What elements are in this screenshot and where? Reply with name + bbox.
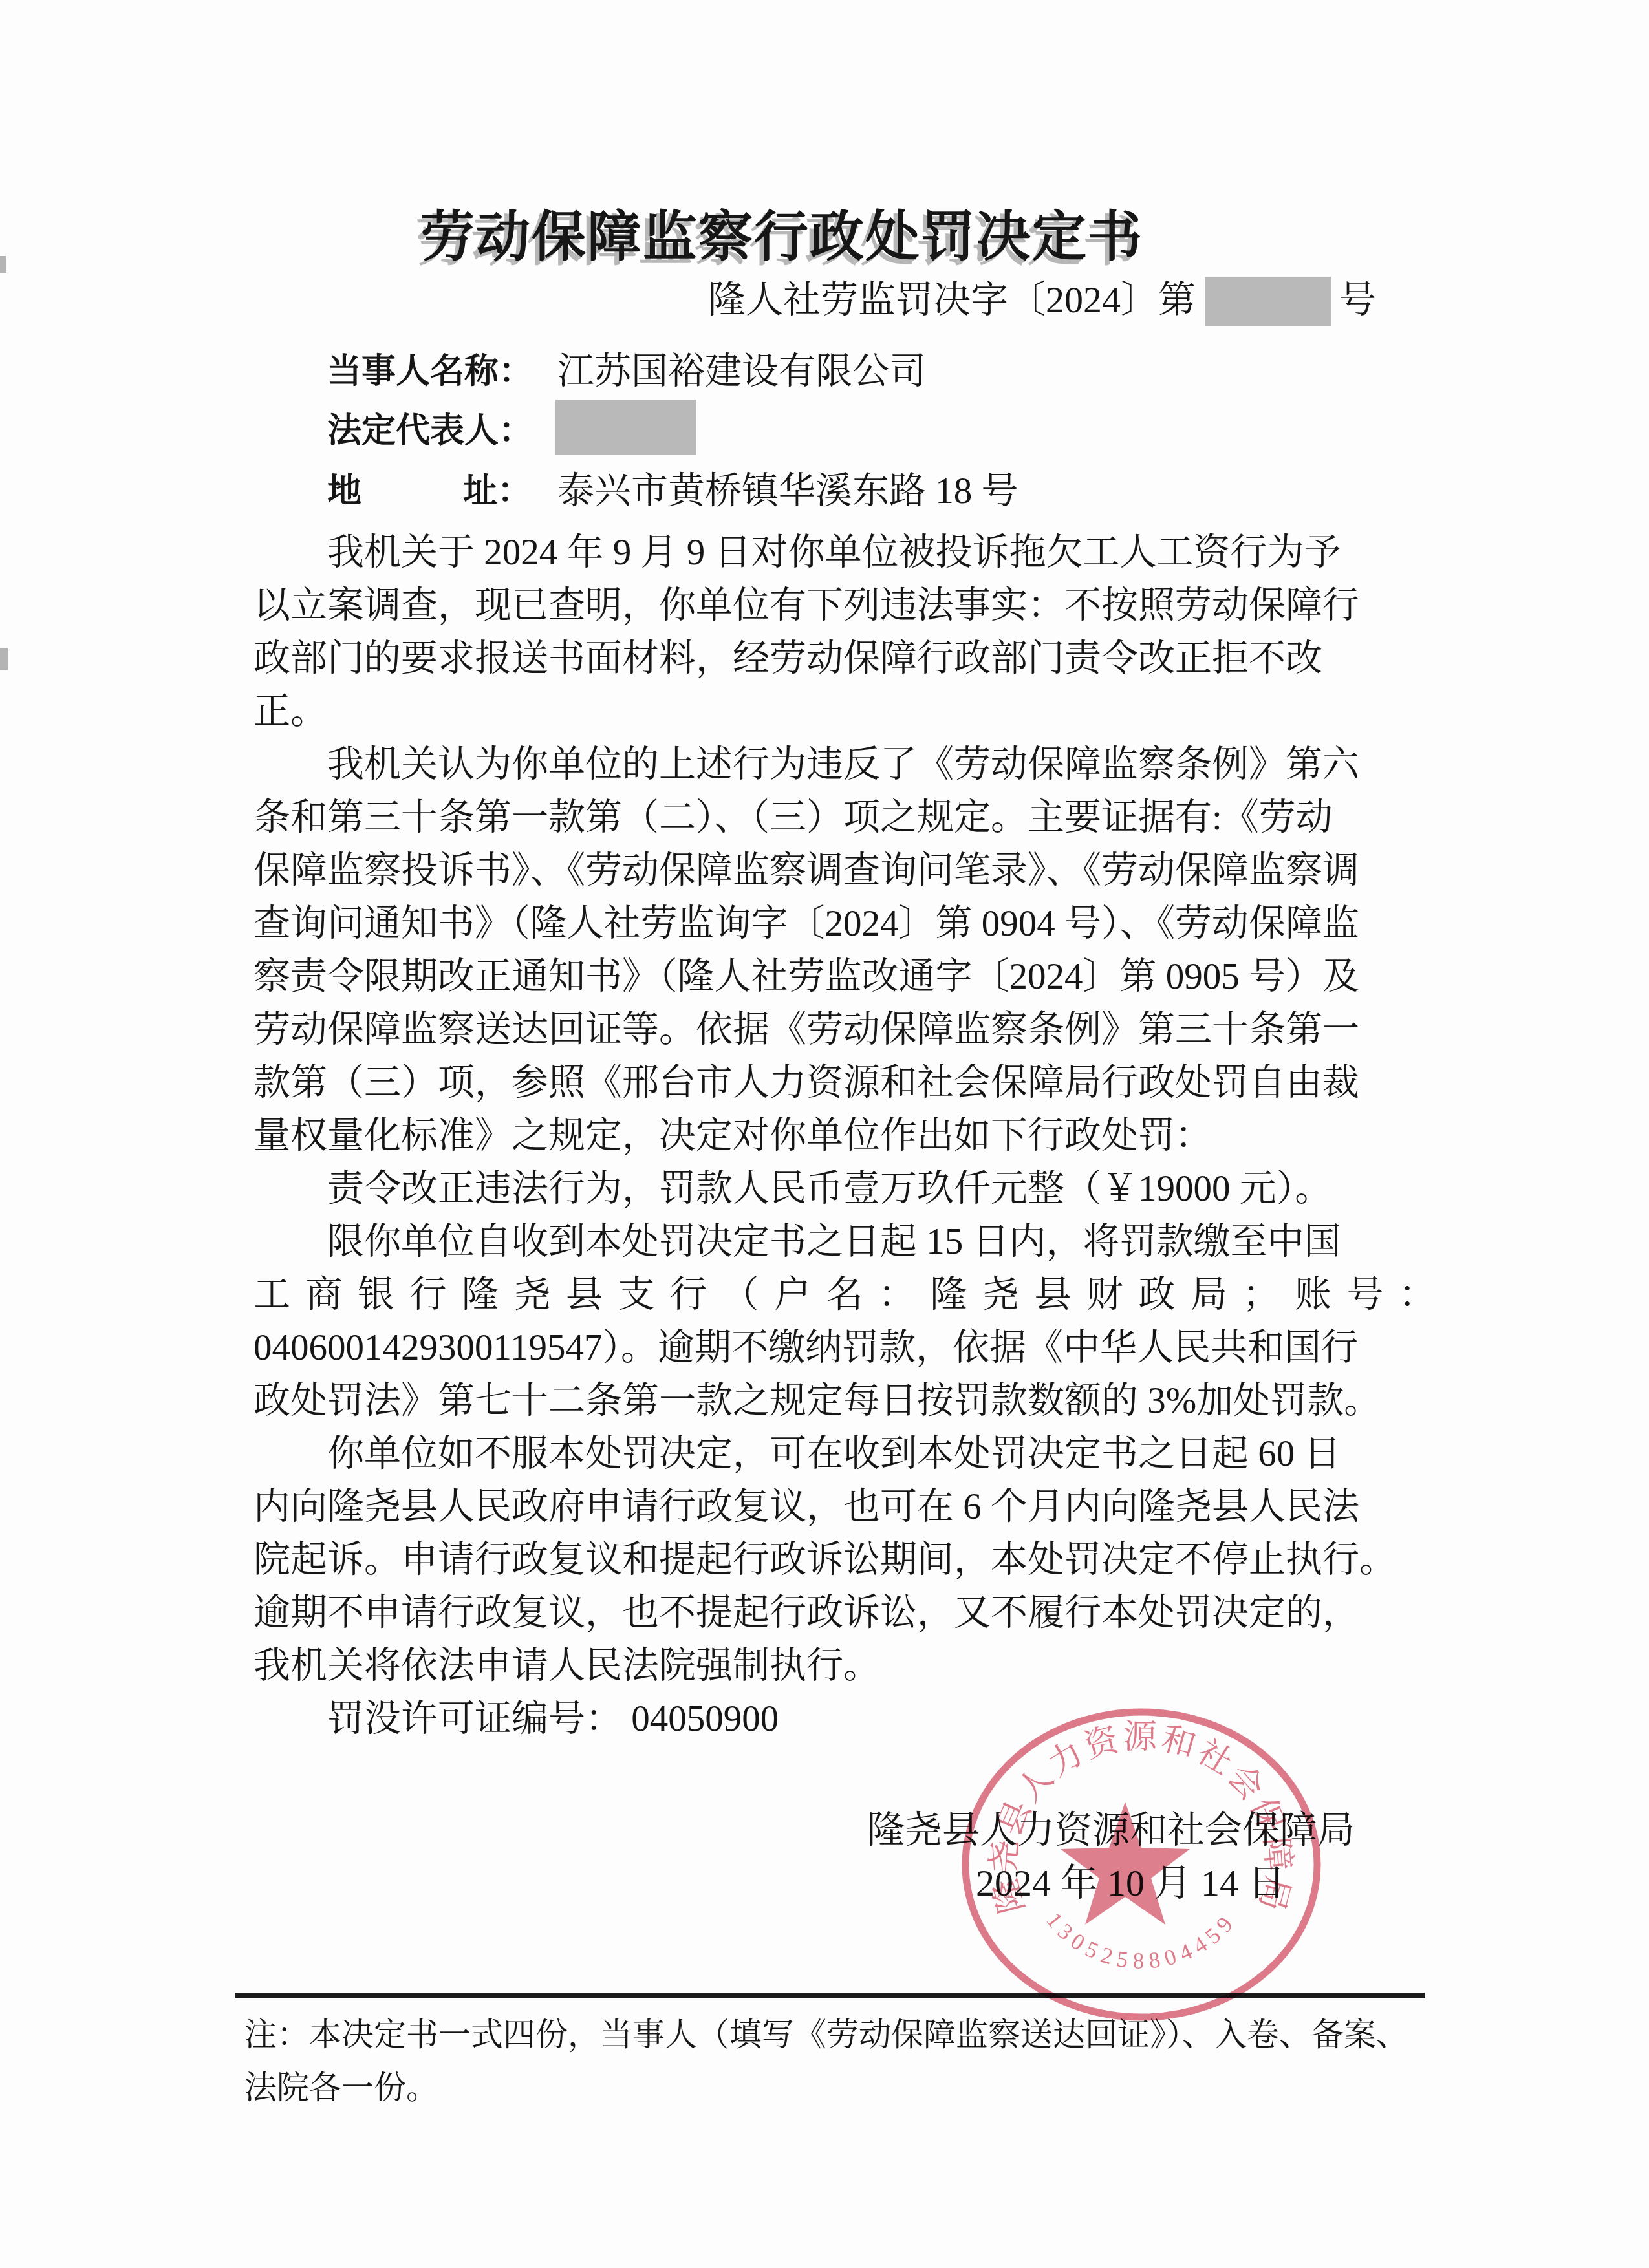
- seal-star-icon: [1061, 1802, 1190, 1925]
- address-value: 泰兴市黄桥镇华溪东路 18 号: [557, 471, 1018, 511]
- body-line: 院起诉。申请行政复议和提起行政诉讼期间，本处罚决定不停止执行。: [253, 1534, 1392, 1587]
- body-line: 量权量化标准》之规定，决定对你单位作出如下行政处罚：: [253, 1109, 1392, 1162]
- party-name-value: 江苏国裕建设有限公司: [557, 351, 926, 392]
- body-line: 我机关认为你单位的上述行为违反了《劳动保障监察条例》第六: [253, 738, 1392, 791]
- body-line: 正。: [253, 685, 1392, 738]
- body-line: 我机关将依法申请人民法院强制执行。: [253, 1640, 1392, 1693]
- doc-number-redaction-box: [1205, 277, 1331, 326]
- body-line: 0406001429300119547）。逾期不缴纳罚款，依据《中华人民共和国行: [253, 1321, 1392, 1375]
- body-line: 你单位如不服本处罚决定，可在收到本处罚决定书之日起 60 日: [253, 1428, 1392, 1481]
- page-title: 劳动保障监察行政处罚决定书: [420, 206, 1143, 268]
- doc-number-suffix: 号: [1339, 274, 1376, 326]
- document-page: 劳动保障监察行政处罚决定书 隆人社劳监罚决字〔2024〕第 号 当事人名称：江苏…: [0, 0, 1649, 2268]
- body-line: 政部门的要求报送书面材料，经劳动保障行政部门责令改正拒不改: [253, 632, 1392, 685]
- body-line: 责令改正违法行为，罚款人民币壹万玖仟元整（￥19000 元）。: [253, 1162, 1392, 1215]
- legal-rep-redaction-box: [555, 400, 696, 455]
- doc-number-line: 隆人社劳监罚决字〔2024〕第 号: [708, 274, 1376, 326]
- body-line: 限你单位自收到本处罚决定书之日起 15 日内，将罚款缴至中国: [253, 1215, 1392, 1268]
- official-seal: 隆尧县人力资源和社会保障局 1305258804459: [956, 1703, 1327, 2026]
- body-text: 我机关于 2024 年 9 月 9 日对你单位被投诉拖欠工人工资行为予 以立案调…: [253, 526, 1392, 1746]
- doc-number-prefix: 隆人社劳监罚决字〔2024〕第: [708, 274, 1196, 326]
- scan-artifact: [0, 648, 8, 670]
- party-name-line: 当事人名称：江苏国裕建设有限公司: [327, 349, 926, 394]
- body-line: 劳动保障监察送达回证等。依据《劳动保障监察条例》第三十条第一: [253, 1003, 1392, 1056]
- body-line: 内向隆尧县人民政府申请行政复议，也可在 6 个月内向隆尧县人民法: [253, 1481, 1392, 1534]
- party-name-label: 当事人名称：: [327, 349, 532, 394]
- body-line: 逾期不申请行政复议，也不提起行政诉讼，又不履行本处罚决定的，: [253, 1587, 1392, 1640]
- body-line: 政处罚法》第七十二条第一款之规定每日按罚款数额的 3%加处罚款。: [253, 1375, 1392, 1428]
- footer-note-line: 法院各一份。: [244, 2061, 1408, 2114]
- address-label: 地址：: [327, 469, 532, 514]
- scan-artifact: [0, 256, 6, 273]
- body-line: 以立案调查，现已查明，你单位有下列违法事实：不按照劳动保障行: [253, 579, 1392, 632]
- address-line: 地址：泰兴市黄桥镇华溪东路 18 号: [327, 469, 1018, 514]
- body-line: 款第（三）项，参照《邢台市人力资源和社会保障局行政处罚自由裁: [253, 1056, 1392, 1109]
- body-line: 工商银行隆尧县支行（户名：隆尧县财政局；账号：: [253, 1268, 1392, 1321]
- body-line: 保障监察投诉书》、《劳动保障监察调查询问笔录》、《劳动保障监察调: [253, 844, 1392, 897]
- legal-rep-label: 法定代表人：: [327, 409, 532, 454]
- body-line: 查询问通知书》（隆人社劳监询字〔2024〕第 0904 号）、《劳动保障监: [253, 897, 1392, 950]
- body-line: 察责令限期改正通知书》（隆人社劳监改通字〔2024〕第 0905 号）及: [253, 950, 1392, 1003]
- legal-rep-line: 法定代表人：: [327, 409, 532, 454]
- body-line: 我机关于 2024 年 9 月 9 日对你单位被投诉拖欠工人工资行为予: [253, 526, 1392, 579]
- body-line: 条和第三十条第一款第（二）、（三）项之规定。主要证据有:《劳动: [253, 791, 1392, 844]
- seal-number: 1305258804459: [1041, 1908, 1242, 1974]
